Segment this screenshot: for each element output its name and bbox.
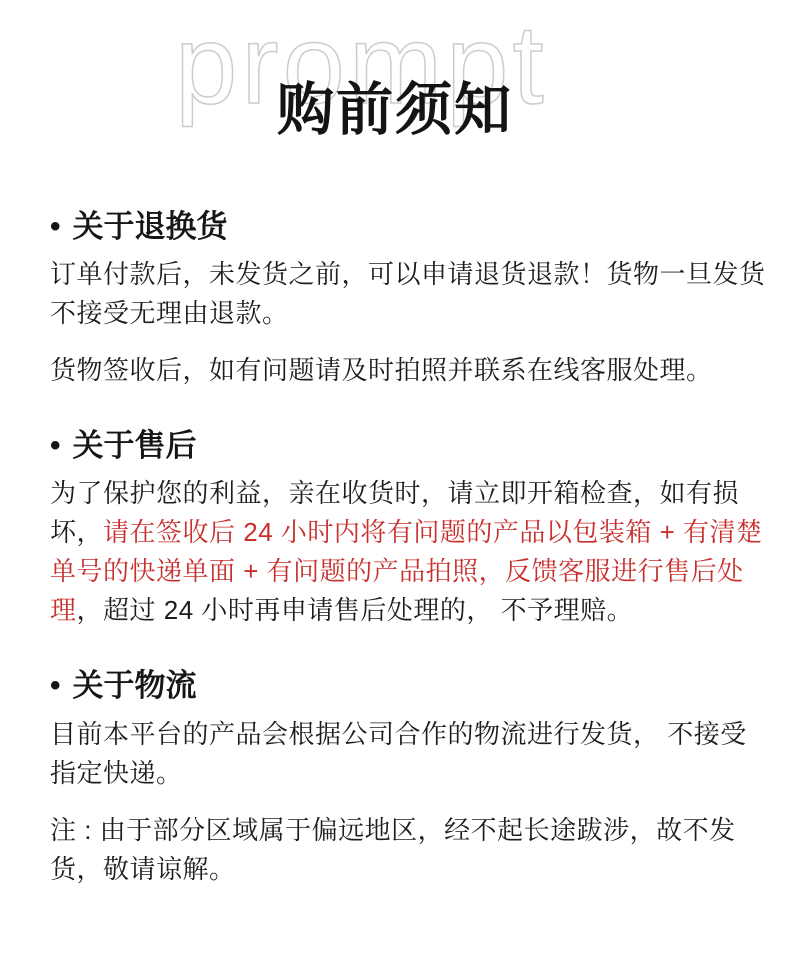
section-heading-label: 关于物流 bbox=[73, 667, 197, 704]
section-heading-logistics: • 关于物流 bbox=[50, 667, 772, 704]
section-heading-label: 关于退换货 bbox=[73, 208, 228, 245]
section-logistics: • 关于物流 目前本平台的产品会根据公司合作的物流进行发货， 不接受指定快递。 … bbox=[50, 667, 772, 888]
paragraph: 注 : 由于部分区域属于偏远地区，经不起长途跋涉，故不发货，敬请谅解。 bbox=[50, 811, 772, 889]
purchase-notice-page: prompt 购前须知 • 关于退换货 订单付款后，未发货之前，可以申请退货退款… bbox=[0, 0, 790, 955]
section-after-sales: • 关于售后 为了保护您的利益，亲在收货时，请立即开箱检查，如有损坏，请在签收后… bbox=[50, 427, 772, 630]
section-heading-after-sales: • 关于售后 bbox=[50, 427, 772, 464]
bullet-icon: • bbox=[50, 671, 61, 701]
paragraph: 订单付款后，未发货之前，可以申请退货退款！货物一旦发货不接受无理由退款。 bbox=[50, 255, 772, 333]
text-segment: 货物签收后，如有问题请及时拍照并联系在线客服处理。 bbox=[50, 355, 713, 385]
text-segment: 注 : 由于部分区域属于偏远地区，经不起长途跋涉，故不发货，敬请谅解。 bbox=[50, 815, 736, 884]
section-heading-label: 关于售后 bbox=[73, 427, 197, 464]
section-returns: • 关于退换货 订单付款后，未发货之前，可以申请退货退款！货物一旦发货不接受无理… bbox=[50, 208, 772, 390]
paragraph: 目前本平台的产品会根据公司合作的物流进行发货， 不接受指定快递。 bbox=[50, 715, 772, 793]
text-segment: 目前本平台的产品会根据公司合作的物流进行发货， 不接受指定快递。 bbox=[50, 719, 747, 788]
paragraph: 货物签收后，如有问题请及时拍照并联系在线客服处理。 bbox=[50, 351, 772, 390]
paragraph: 为了保护您的利益，亲在收货时，请立即开箱检查，如有损坏，请在签收后 24 小时内… bbox=[50, 474, 772, 630]
notice-content: • 关于退换货 订单付款后，未发货之前，可以申请退货退款！货物一旦发货不接受无理… bbox=[0, 208, 790, 889]
section-heading-returns: • 关于退换货 bbox=[50, 208, 772, 245]
page-title: 购前须知 bbox=[0, 0, 790, 139]
text-segment: ，超过 24 小时再申请售后处理的， 不予理赔。 bbox=[77, 595, 634, 625]
text-segment: 订单付款后，未发货之前，可以申请退货退款！货物一旦发货不接受无理由退款。 bbox=[50, 259, 766, 328]
bullet-icon: • bbox=[50, 212, 61, 242]
bullet-icon: • bbox=[50, 431, 61, 461]
